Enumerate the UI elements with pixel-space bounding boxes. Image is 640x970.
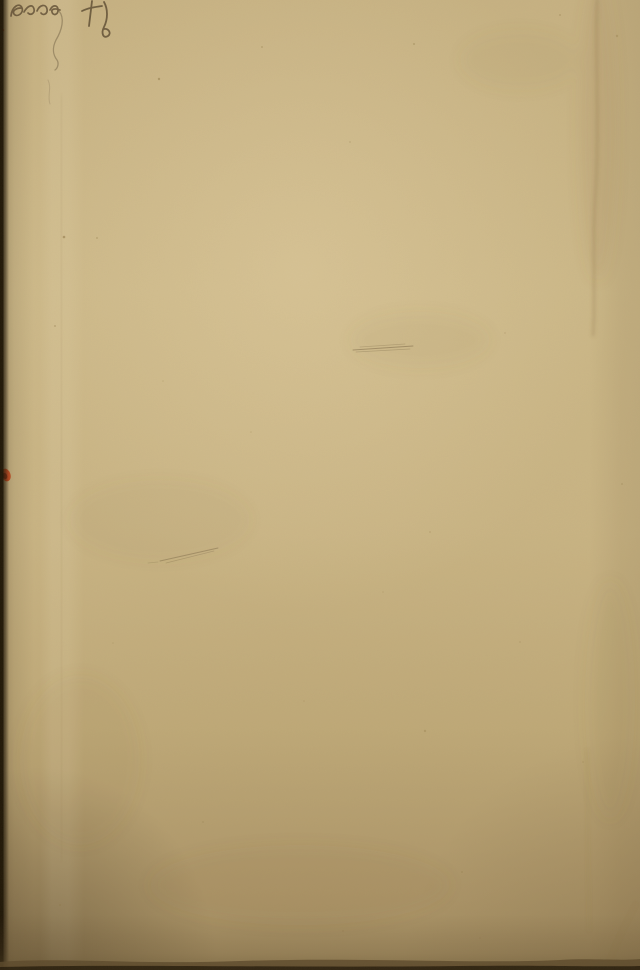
paper-grain [0, 0, 640, 970]
page-scan [0, 0, 640, 970]
paper-surface [0, 0, 640, 970]
